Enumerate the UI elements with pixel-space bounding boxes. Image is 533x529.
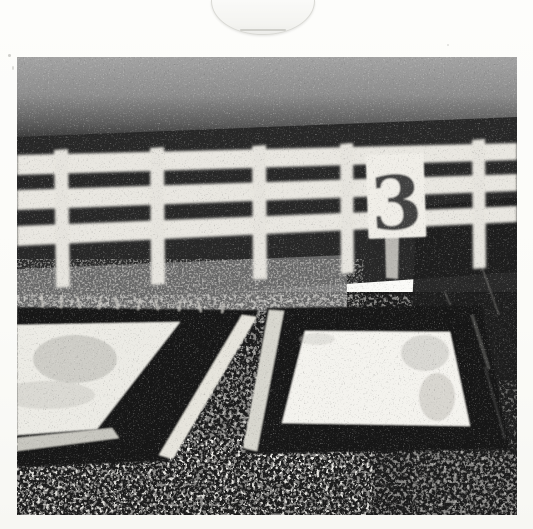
notch-inner-shadow [240, 29, 286, 31]
dust-speck [447, 44, 449, 46]
dust-speck [12, 66, 14, 70]
scanned-record-sleeve: 3 [0, 0, 533, 529]
cover-photo: 3 [17, 57, 517, 515]
film-grain-dark [17, 57, 517, 515]
sleeve-front: 3 [0, 0, 533, 529]
dust-speck [8, 54, 11, 57]
thumb-cut-notch [211, 0, 315, 35]
